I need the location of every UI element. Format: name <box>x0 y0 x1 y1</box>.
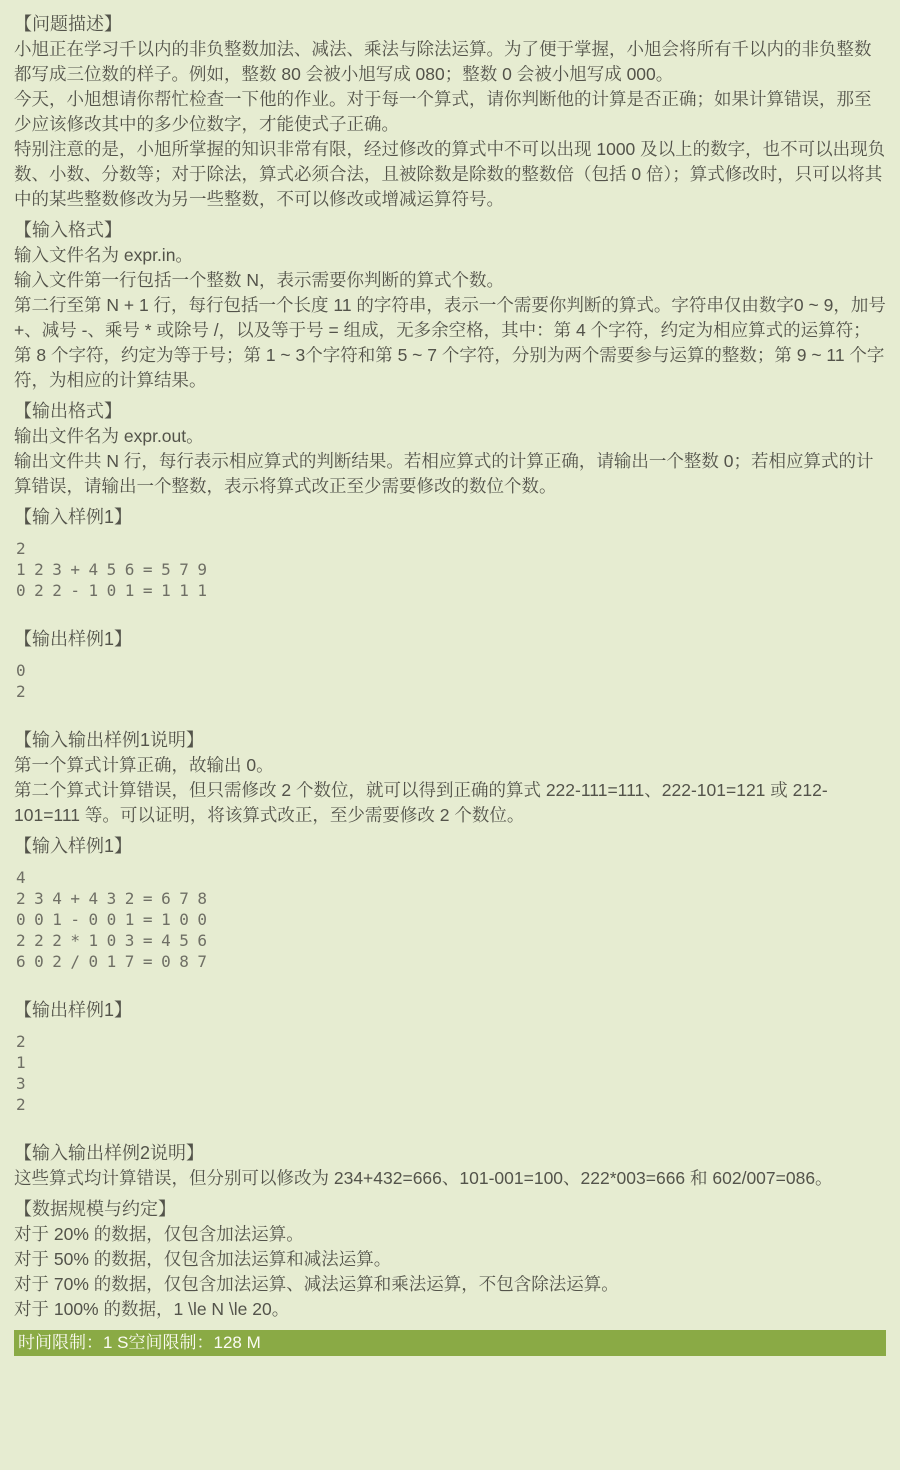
paragraph: 今天，小旭想请你帮忙检查一下他的作业。对于每一个算式，请你判断他的计算是否正确；… <box>14 87 886 137</box>
paragraph: 对于 50% 的数据，仅包含加法运算和减法运算。 <box>14 1247 886 1272</box>
paragraph: 这些算式均计算错误，但分别可以修改为 234+432=666、101-001=1… <box>14 1166 886 1191</box>
paragraph: 第二个算式计算错误，但只需修改 2 个数位，就可以得到正确的算式 222-111… <box>14 778 886 828</box>
section-heading: 【输出样例1】 <box>14 627 886 652</box>
paragraph: 特别注意的是，小旭所掌握的知识非常有限，经过修改的算式中不可以出现 1000 及… <box>14 137 886 212</box>
paragraph: 输入文件第一行包括一个整数 N，表示需要你判断的算式个数。 <box>14 268 886 293</box>
section-heading: 【输入样例1】 <box>14 834 886 859</box>
section-heading: 【输出样例1】 <box>14 998 886 1023</box>
paragraph: 小旭正在学习千以内的非负整数加法、减法、乘法与除法运算。为了便于掌握，小旭会将所… <box>14 37 886 87</box>
section-heading: 【输入样例1】 <box>14 505 886 530</box>
paragraph: 第一个算式计算正确，故输出 0。 <box>14 753 886 778</box>
section-heading: 【问题描述】 <box>14 12 886 37</box>
limits-bar: 时间限制：1 S空间限制：128 M <box>14 1330 886 1356</box>
section-heading: 【输入格式】 <box>14 218 886 243</box>
section-heading: 【输入输出样例2说明】 <box>14 1141 886 1166</box>
paragraph: 对于 100% 的数据，1 \le N \le 20。 <box>14 1297 886 1322</box>
sample-code-block: 2 1 3 2 <box>16 1031 886 1115</box>
paragraph: 第二行至第 N + 1 行，每行包括一个长度 11 的字符串，表示一个需要你判断… <box>14 293 886 393</box>
section-heading: 【数据规模与约定】 <box>14 1197 886 1222</box>
sample-code-block: 2 123+456=579 022-101=111 <box>16 538 886 601</box>
paragraph: 输出文件共 N 行，每行表示相应算式的判断结果。若相应算式的计算正确，请输出一个… <box>14 449 886 499</box>
paragraph: 对于 20% 的数据，仅包含加法运算。 <box>14 1222 886 1247</box>
section-heading: 【输入输出样例1说明】 <box>14 728 886 753</box>
problem-statement: 【问题描述】小旭正在学习千以内的非负整数加法、减法、乘法与除法运算。为了便于掌握… <box>0 0 900 1322</box>
paragraph: 对于 70% 的数据，仅包含加法运算、减法运算和乘法运算，不包含除法运算。 <box>14 1272 886 1297</box>
section-heading: 【输出格式】 <box>14 399 886 424</box>
limits-text: 时间限制：1 S空间限制：128 M <box>18 1333 261 1352</box>
paragraph: 输出文件名为 expr.out。 <box>14 424 886 449</box>
sample-code-block: 0 2 <box>16 660 886 702</box>
paragraph: 输入文件名为 expr.in。 <box>14 243 886 268</box>
sample-code-block: 4 234+432=678 001-001=100 222*103=456 60… <box>16 867 886 972</box>
